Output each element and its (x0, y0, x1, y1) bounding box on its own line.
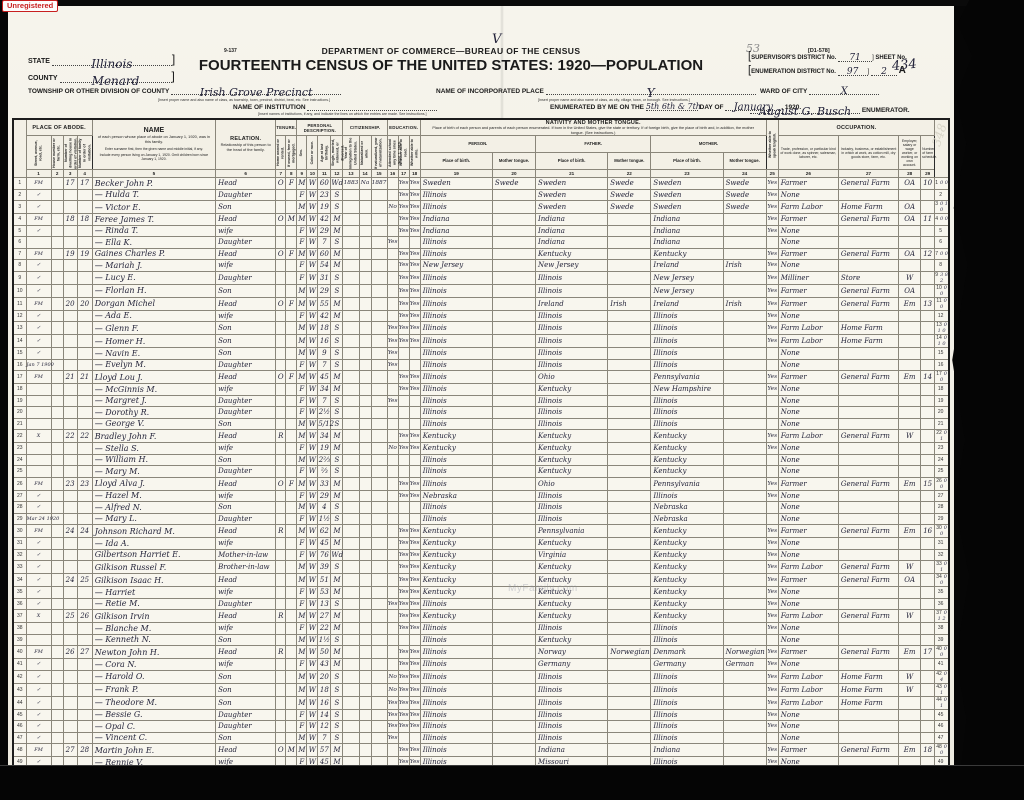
cell-employer-class (899, 696, 921, 709)
line-number-right: 30 1 0 (935, 201, 949, 214)
cell-house-number (51, 310, 63, 322)
cell-english: Yes (766, 646, 778, 659)
cell-house-number (51, 384, 63, 396)
cell-read (398, 395, 409, 407)
cell-employer-class (899, 418, 921, 430)
cell-age: 50 (318, 646, 331, 659)
cell-person-tongue (492, 348, 535, 360)
enumerated-mid: DAY OF (700, 104, 724, 111)
col-street: Street, avenue, road, etc. (26, 136, 51, 170)
col-owned-rented: Home owned or rented. (276, 136, 286, 170)
census-row: 10 ✓ — Florlan H. Son M W 29 S Yes Yes I… (13, 284, 949, 297)
cell-school (387, 466, 398, 478)
cell-street-mark: FM (26, 214, 51, 226)
cell-sex: M (297, 284, 307, 297)
cell-immigration-year (343, 310, 359, 322)
cell-employer-class: Em (899, 525, 921, 538)
census-row: 13 ✓ — Glenn F. Son M W 18 S Yes Yes Yes… (13, 322, 949, 335)
cell-mother-pob: Pennsylvania (651, 371, 723, 384)
cell-family-number (77, 721, 92, 733)
cell-free-mortgaged (286, 646, 297, 659)
cell-immigration-year (343, 418, 359, 430)
cell-relation: Son (216, 634, 276, 646)
cell-age: 16 (318, 335, 331, 348)
cell-street-mark (26, 466, 51, 478)
cell-street-mark: ✓ (26, 490, 51, 502)
cell-school (387, 587, 398, 599)
census-row: 44 ✓ — Theodore M. Son M W 16 S Yes Yes … (13, 696, 949, 709)
cell-immigration-year (343, 384, 359, 396)
cell-owned-rented (276, 549, 286, 561)
cell-naturalization-year (371, 646, 387, 659)
cell-name: — Rinda T. (92, 225, 215, 237)
cell-father-tongue (608, 214, 651, 226)
cell-person-tongue (492, 744, 535, 757)
cell-industry (838, 407, 898, 419)
cell-employer-class (899, 490, 921, 502)
cell-trade: None (778, 549, 838, 561)
cell-employer-class (899, 721, 921, 733)
cell-father-tongue (608, 395, 651, 407)
cell-father-tongue (608, 248, 651, 260)
cell-marital: S (331, 502, 343, 514)
cell-age: 18 (318, 683, 331, 696)
cell-industry (838, 454, 898, 466)
cell-person-pob: Kentucky (420, 430, 492, 443)
cell-mother-tongue (723, 683, 766, 696)
cell-person-pob: Illinois (420, 359, 492, 371)
cell-person-pob: Illinois (420, 201, 492, 214)
cell-mother-pob: Illinois (651, 407, 723, 419)
cell-immigration-year (343, 670, 359, 683)
cell-person-tongue (492, 549, 535, 561)
write-label: Whether able to write. (410, 137, 419, 169)
cell-father-tongue (608, 466, 651, 478)
cell-industry (838, 225, 898, 237)
cell-school (387, 310, 398, 322)
cell-person-pob: Illinois (420, 384, 492, 396)
cell-age: 42 (318, 310, 331, 322)
cell-farm-schedule (921, 348, 935, 360)
cell-father-tongue (608, 683, 651, 696)
cell-street-mark: ✓ (26, 189, 51, 201)
line-number-left: 40 (13, 646, 26, 659)
cell-dwelling-number (63, 490, 77, 502)
cell-person-tongue (492, 271, 535, 284)
enum-district-line: [ENUMERATION DISTRICT No. 97] 2 A (748, 64, 906, 76)
cell-person-tongue: Swede (492, 178, 535, 190)
cell-race: W (307, 477, 318, 490)
cell-street-mark: FM (26, 178, 51, 190)
cell-trade: None (778, 384, 838, 396)
cell-write (409, 395, 420, 407)
cell-house-number (51, 683, 63, 696)
cell-farm-schedule (921, 466, 935, 478)
cell-father-tongue (608, 502, 651, 514)
line-number-right: 45 (935, 709, 949, 721)
cell-race: W (307, 443, 318, 455)
cell-age: 60 (318, 178, 331, 190)
cell-mother-tongue: Swede (723, 201, 766, 214)
cell-mother-tongue (723, 430, 766, 443)
cell-father-tongue (608, 610, 651, 623)
cell-trade: None (778, 225, 838, 237)
cell-free-mortgaged (286, 443, 297, 455)
cell-mother-pob: New Jersey (651, 271, 723, 284)
cell-name: — Kenneth N. (92, 634, 215, 646)
cell-immigration-year (343, 335, 359, 348)
census-row: 14 ✓ — Homer H. Son M W 16 S Yes Yes Yes… (13, 335, 949, 348)
census-row: 8 ✓ — Mariah J. wife F W 54 M Yes Yes Ne… (13, 260, 949, 272)
cell-father-pob: Illinois (536, 513, 608, 525)
cell-free-mortgaged (286, 525, 297, 538)
cell-mother-pob: Nebraska (651, 513, 723, 525)
cell-family-number (77, 538, 92, 550)
col-family-number: Number of family in order of visitation. (77, 136, 92, 170)
cell-write: Yes (409, 214, 420, 226)
line-number-right: 23 (935, 443, 949, 455)
cell-father-tongue (608, 477, 651, 490)
cell-mother-pob: Kentucky (651, 549, 723, 561)
cell-naturalized (359, 407, 371, 419)
cell-age: 45 (318, 538, 331, 550)
cell-father-tongue (608, 574, 651, 587)
cell-marital: M (331, 214, 343, 226)
cell-race: W (307, 490, 318, 502)
line-number-left: 12 (13, 310, 26, 322)
cell-name: — Hazel M. (92, 490, 215, 502)
cell-school (387, 260, 398, 272)
cell-mother-pob: Indiana (651, 744, 723, 757)
cell-employer-class: W (899, 683, 921, 696)
cell-marital: M (331, 310, 343, 322)
cell-father-tongue (608, 598, 651, 610)
cell-family-number (77, 395, 92, 407)
cell-person-pob: Kentucky (420, 443, 492, 455)
cell-free-mortgaged (286, 561, 297, 574)
cell-marital: Wd (331, 549, 343, 561)
cell-relation: Head (216, 248, 276, 260)
cell-naturalization-year (371, 538, 387, 550)
cell-person-tongue (492, 623, 535, 635)
cell-house-number (51, 561, 63, 574)
cell-naturalized (359, 670, 371, 683)
cell-age: 19 (318, 201, 331, 214)
cell-read: Yes (398, 384, 409, 396)
cell-employer-class (899, 502, 921, 514)
cell-mother-pob: Illinois (651, 696, 723, 709)
cell-owned-rented: R (276, 525, 286, 538)
person-pob-label: Place of birth. (420, 153, 492, 170)
incorporated-label: NAME OF INCORPORATED PLACE (436, 88, 544, 95)
cell-naturalized (359, 443, 371, 455)
cell-trade: None (778, 237, 838, 249)
cell-naturalized (359, 384, 371, 396)
cell-english: Yes (766, 178, 778, 190)
cell-mother-tongue (723, 284, 766, 297)
cell-trade: None (778, 260, 838, 272)
cell-race: W (307, 322, 318, 335)
cell-immigration-year (343, 683, 359, 696)
census-row: 1 FM 17 17 Becker John P. Head O F M W 6… (13, 178, 949, 190)
cell-relation: wife (216, 384, 276, 396)
cell-read: Yes (398, 721, 409, 733)
cell-free-mortgaged: F (286, 371, 297, 384)
cell-trade: Farm Labor (778, 696, 838, 709)
census-scan: Unregistered 9-137 DEPARTMENT OF COMMERC… (0, 0, 1024, 800)
cell-person-pob: Illinois (420, 598, 492, 610)
cell-marital: S (331, 709, 343, 721)
cell-name: — Glenn F. (92, 322, 215, 335)
cell-owned-rented (276, 407, 286, 419)
cell-mother-pob: Denmark (651, 646, 723, 659)
cell-school: Yes (387, 237, 398, 249)
cell-naturalized (359, 359, 371, 371)
cell-farm-schedule (921, 359, 935, 371)
cell-relation: Son (216, 348, 276, 360)
cell-mother-tongue (723, 670, 766, 683)
cell-father-tongue (608, 549, 651, 561)
cell-family-number (77, 284, 92, 297)
cell-trade: Farmer (778, 477, 838, 490)
name-title: NAME (93, 127, 215, 134)
cell-house-number (51, 598, 63, 610)
cell-employer-class: OA (899, 284, 921, 297)
cell-mother-pob: New Jersey (651, 284, 723, 297)
cell-mother-pob: Indiana (651, 225, 723, 237)
cell-employer-class (899, 709, 921, 721)
cell-age: 1½ (318, 634, 331, 646)
cell-house-number (51, 587, 63, 599)
cell-relation: Daughter (216, 189, 276, 201)
cell-marital: S (331, 696, 343, 709)
cell-mother-pob: Indiana (651, 237, 723, 249)
cell-mother-pob: Illinois (651, 683, 723, 696)
cell-dwelling-number: 23 (63, 477, 77, 490)
cell-sex: F (297, 709, 307, 721)
cell-family-number: 21 (77, 371, 92, 384)
cell-mother-tongue (723, 322, 766, 335)
cell-mother-tongue: Norwegian (723, 646, 766, 659)
cell-english: Yes (766, 670, 778, 683)
cell-person-pob: Indiana (420, 214, 492, 226)
cell-naturalization-year (371, 260, 387, 272)
cell-write: Yes (409, 561, 420, 574)
cell-write: Yes (409, 525, 420, 538)
cell-person-tongue (492, 502, 535, 514)
cell-relation: Son (216, 418, 276, 430)
cell-english: Yes (766, 709, 778, 721)
cell-family-number (77, 587, 92, 599)
cell-person-pob: Nebraska (420, 490, 492, 502)
line-number-right: 36 (935, 598, 949, 610)
cell-marital: S (331, 670, 343, 683)
cell-house-number (51, 322, 63, 335)
cell-street-mark (26, 454, 51, 466)
cell-house-number (51, 271, 63, 284)
census-row: 39 — Kenneth N. Son M W 1½ S Illinois Ke… (13, 634, 949, 646)
cell-name: — Retie M. (92, 598, 215, 610)
cell-family-number (77, 201, 92, 214)
cell-english (766, 418, 778, 430)
cell-relation: Son (216, 502, 276, 514)
cell-employer-class: OA (899, 248, 921, 260)
cell-trade: Farmer (778, 248, 838, 260)
cell-write: Yes (409, 683, 420, 696)
cell-farm-schedule (921, 610, 935, 623)
cell-age: 29 (318, 284, 331, 297)
cell-marital: S (331, 237, 343, 249)
cell-father-pob: Illinois (536, 623, 608, 635)
cell-farm-schedule (921, 189, 935, 201)
cell-free-mortgaged (286, 335, 297, 348)
cell-street-mark: ✓ (26, 310, 51, 322)
line-number-right: 2 (935, 189, 949, 201)
cell-house-number (51, 284, 63, 297)
cell-father-tongue (608, 454, 651, 466)
cell-trade: None (778, 623, 838, 635)
cell-marital: M (331, 384, 343, 396)
line-number-left: 48 (13, 744, 26, 757)
scan-bottom-edge (0, 766, 1024, 800)
cell-person-pob: Illinois (420, 634, 492, 646)
cell-school (387, 178, 398, 190)
cell-house-number (51, 549, 63, 561)
cell-person-pob: Kentucky (420, 574, 492, 587)
cell-industry: General Farm (838, 574, 898, 587)
cell-english (766, 395, 778, 407)
cell-employer-class: W (899, 430, 921, 443)
cell-person-tongue (492, 513, 535, 525)
cell-school: Yes (387, 395, 398, 407)
cell-read (398, 466, 409, 478)
cell-race: W (307, 525, 318, 538)
cell-street-mark: ✓ (26, 709, 51, 721)
cell-school: No (387, 670, 398, 683)
census-row: 43 ✓ — Frank P. Son M W 18 S No Yes Yes … (13, 683, 949, 696)
line-number-left: 23 (13, 443, 26, 455)
cell-naturalization-year (371, 271, 387, 284)
cell-naturalized (359, 732, 371, 744)
cell-immigration-year (343, 271, 359, 284)
cell-father-pob: Indiana (536, 744, 608, 757)
supervisor-value: 71 (849, 53, 860, 63)
census-row: 2 ✓ — Hulda T. Daughter F W 23 S Yes Yes… (13, 189, 949, 201)
cell-mother-pob: Illinois (651, 490, 723, 502)
cell-mother-pob: Illinois (651, 310, 723, 322)
cell-write: Yes (409, 670, 420, 683)
cell-street-mark: ✓ (26, 659, 51, 671)
line-number-right: 46 (935, 721, 949, 733)
cell-naturalization-year (371, 732, 387, 744)
cell-age: 19 (318, 443, 331, 455)
cell-industry: General Farm (838, 477, 898, 490)
cell-race: W (307, 587, 318, 599)
cell-write: Yes (409, 721, 420, 733)
cell-mother-tongue (723, 709, 766, 721)
cell-family-number (77, 683, 92, 696)
cell-free-mortgaged (286, 659, 297, 671)
cell-owned-rented (276, 225, 286, 237)
cell-age: 57 (318, 744, 331, 757)
cell-family-number (77, 659, 92, 671)
cell-mother-pob: Nebraska (651, 502, 723, 514)
cell-marital: S (331, 683, 343, 696)
cell-name: — Mary M. (92, 466, 215, 478)
cell-race: W (307, 284, 318, 297)
cell-mother-tongue (723, 237, 766, 249)
cell-mother-pob: Kentucky (651, 587, 723, 599)
cell-race: W (307, 214, 318, 226)
cell-immigration-year (343, 634, 359, 646)
cell-person-tongue (492, 610, 535, 623)
cell-street-mark: FM (26, 477, 51, 490)
cell-owned-rented (276, 384, 286, 396)
line-number-right: 420 4 (935, 670, 949, 683)
cell-school (387, 549, 398, 561)
cell-immigration-year (343, 248, 359, 260)
line-number-left: 18 (13, 384, 26, 396)
cell-trade: Farm Labor (778, 561, 838, 574)
cell-industry: General Farm (838, 646, 898, 659)
cell-trade: None (778, 598, 838, 610)
cell-employer-class: OA (899, 178, 921, 190)
cell-write: Yes (409, 696, 420, 709)
enum-district-label: ENUMERATION DISTRICT No. (751, 69, 836, 75)
cell-marital: S (331, 466, 343, 478)
line-number-right: 16 (935, 359, 949, 371)
cell-person-tongue (492, 443, 535, 455)
naturalization-year-label: If naturalized, year of naturalization. (374, 137, 383, 169)
cell-age: 54 (318, 260, 331, 272)
cell-industry (838, 443, 898, 455)
cell-house-number (51, 721, 63, 733)
cell-house-number (51, 502, 63, 514)
cell-race: W (307, 359, 318, 371)
owned-rented-label: Home owned or rented. (276, 137, 285, 169)
cell-write: Yes (409, 271, 420, 284)
cell-age: 27 (318, 610, 331, 623)
cell-farm-schedule (921, 659, 935, 671)
cell-naturalization-year (371, 670, 387, 683)
cell-naturalized (359, 587, 371, 599)
cell-mother-tongue (723, 248, 766, 260)
cell-owned-rented (276, 359, 286, 371)
cell-owned-rented (276, 348, 286, 360)
cell-free-mortgaged (286, 502, 297, 514)
cell-father-pob: Kentucky (536, 610, 608, 623)
cell-immigration-year (343, 587, 359, 599)
cell-relation: Head (216, 371, 276, 384)
state-line: STATE Illinois] (28, 52, 175, 66)
cell-free-mortgaged (286, 407, 297, 419)
cell-employer-class (899, 407, 921, 419)
cell-father-tongue (608, 384, 651, 396)
cell-mother-pob: Illinois (651, 732, 723, 744)
cell-farm-schedule (921, 696, 935, 709)
cell-father-pob: Kentucky (536, 430, 608, 443)
cell-name: — Hulda T. (92, 189, 215, 201)
cell-race: W (307, 659, 318, 671)
enumerated-prefix: ENUMERATED BY ME ON THE (550, 104, 644, 111)
cell-farm-schedule: 15 (921, 477, 935, 490)
cell-industry (838, 623, 898, 635)
cell-house-number (51, 395, 63, 407)
cell-person-tongue (492, 384, 535, 396)
cell-immigration-year (343, 646, 359, 659)
cell-naturalized (359, 574, 371, 587)
cell-free-mortgaged (286, 322, 297, 335)
